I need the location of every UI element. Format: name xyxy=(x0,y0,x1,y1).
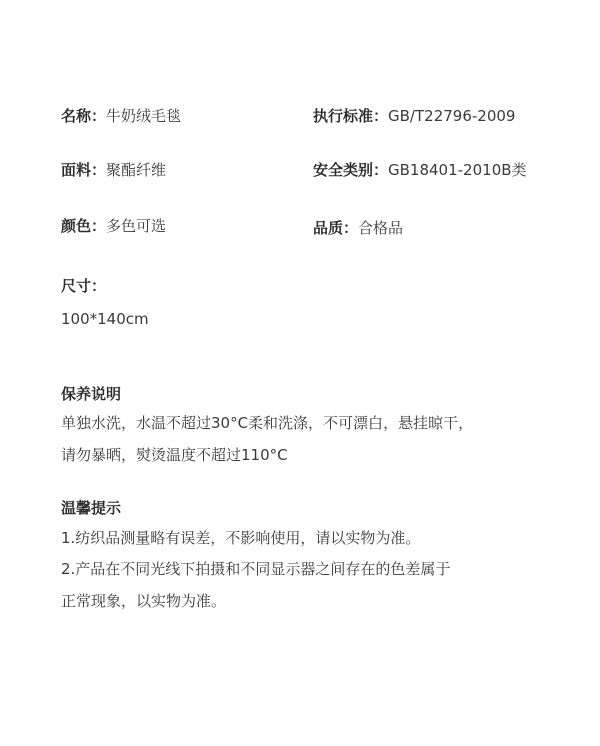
spec-color: 颜色：多色可选 xyxy=(61,216,166,236)
size-value: 100*140cm xyxy=(61,309,149,329)
spec-quality: 品质：合格品 xyxy=(313,218,403,238)
spec-safety-category: 安全类别：GB18401-2010B类 xyxy=(313,160,527,180)
spec-label: 品质： xyxy=(313,219,358,237)
spec-value: GB18401-2010B类 xyxy=(388,161,527,179)
spec-label: 执行标准： xyxy=(313,107,388,125)
spec-value: 牛奶绒毛毯 xyxy=(106,107,181,125)
care-title: 保养说明 xyxy=(61,384,121,404)
spec-value: 聚酯纤维 xyxy=(106,161,166,179)
care-line: 单独水洗，水温不超过30°C柔和洗涤，不可漂白，悬挂晾干， xyxy=(61,409,473,438)
spec-value: GB/T22796-2009 xyxy=(388,107,515,125)
tips-title: 温馨提示 xyxy=(61,498,121,518)
tips-line: 2.产品在不同光线下拍摄和不同显示器之间存在的色差属于 xyxy=(61,555,450,584)
spec-value: 合格品 xyxy=(358,219,403,237)
tips-line: 1.纺织品测量略有误差，不影响使用，请以实物为准。 xyxy=(61,524,420,553)
spec-label: 面料： xyxy=(61,161,106,179)
size-label: 尺寸： xyxy=(61,276,106,296)
spec-label: 名称： xyxy=(61,107,106,125)
spec-label: 安全类别： xyxy=(313,161,388,179)
care-line: 请勿暴晒，熨烫温度不超过110°C xyxy=(61,441,288,470)
tips-line: 正常现象，以实物为准。 xyxy=(61,587,226,616)
spec-value: 多色可选 xyxy=(106,217,166,235)
spec-name: 名称：牛奶绒毛毯 xyxy=(61,106,181,126)
spec-fabric: 面料：聚酯纤维 xyxy=(61,160,166,180)
spec-label: 颜色： xyxy=(61,217,106,235)
spec-standard: 执行标准：GB/T22796-2009 xyxy=(313,106,515,126)
